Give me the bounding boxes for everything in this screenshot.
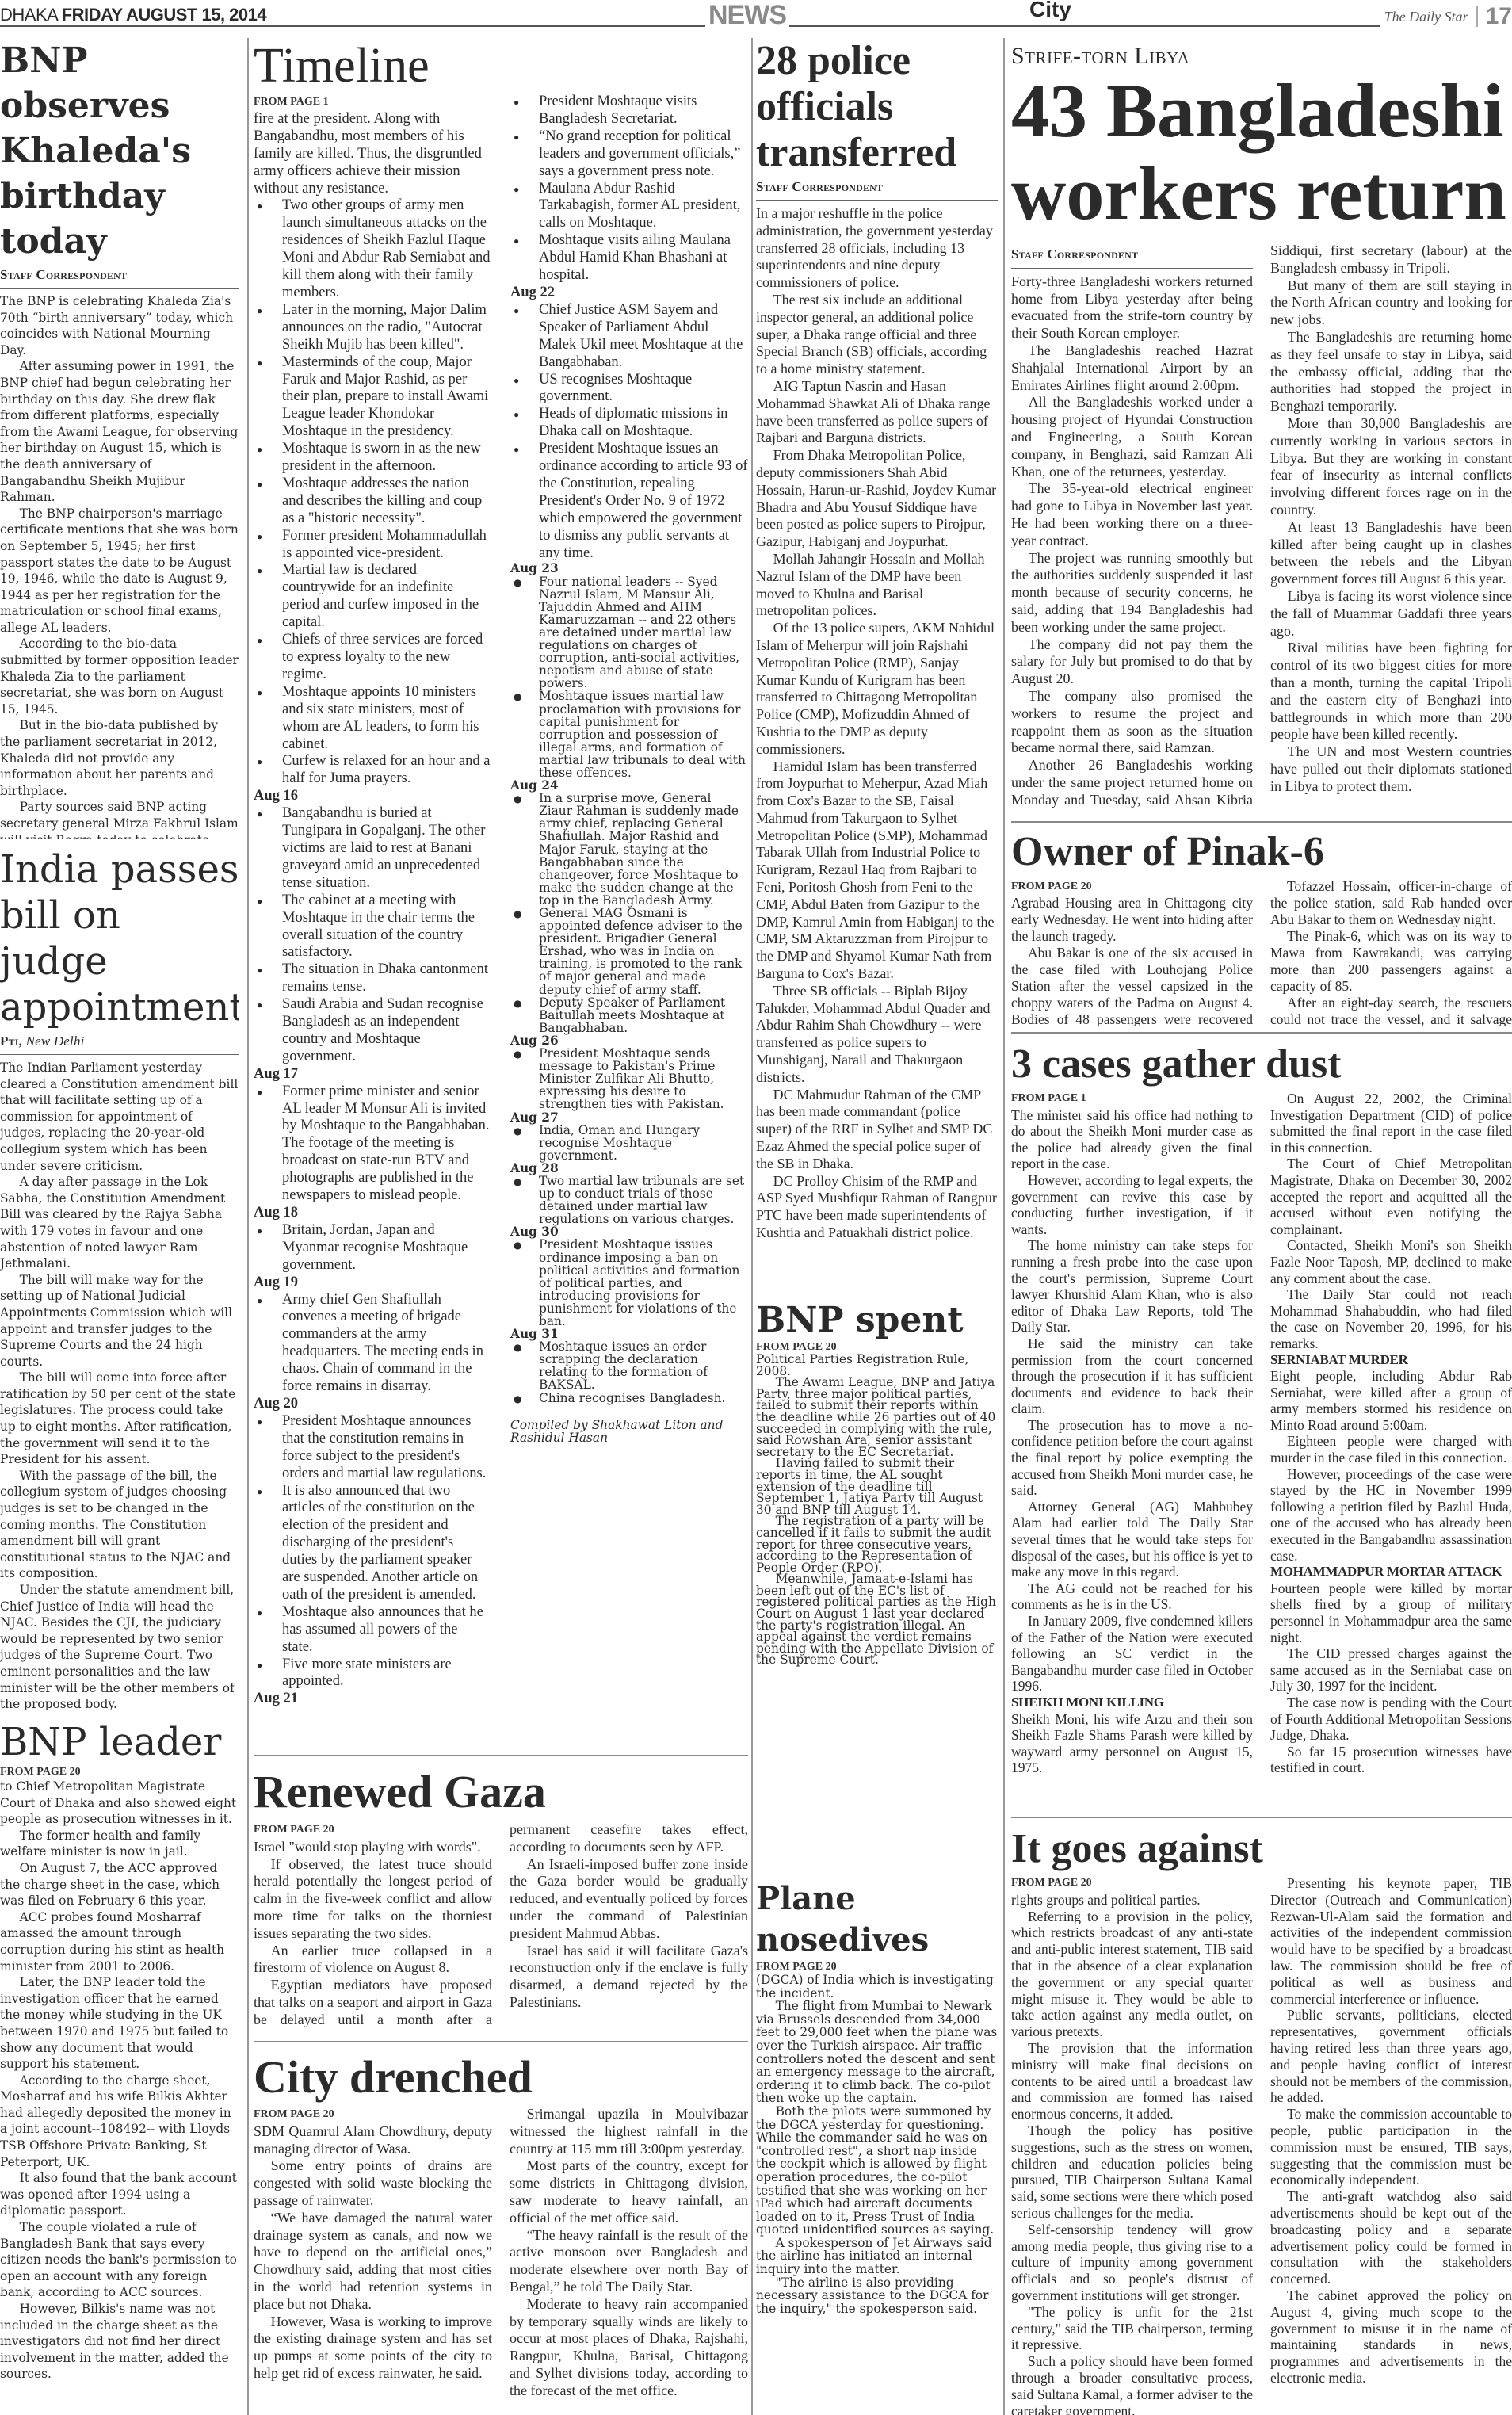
paragraph: The Court of Chief Metropolitan Magistra… bbox=[1270, 1156, 1512, 1237]
column-rule bbox=[1003, 38, 1005, 2415]
newspaper-logo: The Daily Star bbox=[1384, 9, 1468, 25]
timeline-item: In a surprise move, General Ziaur Rahman… bbox=[510, 792, 748, 907]
section-rule bbox=[254, 2041, 748, 2042]
paragraph: All the Bangladeshis worked under a hous… bbox=[1011, 394, 1253, 480]
paragraph: Eight people, including Abdur Rab Sernia… bbox=[1270, 1368, 1512, 1433]
paragraph: The Awami League, BNP and Jatiya Party, … bbox=[756, 1377, 998, 1458]
article-body: FROM PAGE 1 The minister said his office… bbox=[1011, 1091, 1512, 1776]
paragraph: At least 13 Bangladeshis have been kille… bbox=[1270, 519, 1512, 588]
paragraph: On August 22, 2002, the Criminal Investi… bbox=[1270, 1091, 1512, 1156]
paragraph: Public servants, politicians, elected re… bbox=[1270, 2007, 1512, 2106]
timeline-item: Bangabandhu is buried at Tungipara in Go… bbox=[254, 805, 491, 892]
paragraph: The provision that the information minis… bbox=[1011, 2040, 1253, 2123]
article-body: The BNP is celebrating Khaleda Zia's 70t… bbox=[0, 293, 239, 839]
timeline-list: President Moshtaque visits Bangladesh Se… bbox=[510, 94, 748, 285]
timeline-date: Aug 20 bbox=[254, 1396, 491, 1413]
timeline-date: Aug 17 bbox=[254, 1066, 491, 1083]
paragraph: Such a policy should have been formed th… bbox=[1011, 2353, 1253, 2415]
timeline-date: Aug 23 bbox=[510, 562, 748, 575]
headline: India passes bill on judge appointment bbox=[0, 846, 239, 1030]
paragraph: Party sources said BNP acting secretary … bbox=[0, 799, 239, 839]
article-body: The Indian Parliament yesterday cleared … bbox=[0, 1060, 239, 1710]
paragraph: Though the policy has positive suggestio… bbox=[1011, 2123, 1253, 2222]
headline: Owner of Pinak-6 bbox=[1011, 826, 1512, 878]
paragraph: Fourteen people were killed by mortar sh… bbox=[1270, 1580, 1512, 1645]
headline: Timeline bbox=[254, 38, 748, 94]
timeline-list: Britain, Jordan, Japan and Myanmar recog… bbox=[254, 1222, 491, 1274]
subheading: SHEIKH MONI KILLING bbox=[1011, 1695, 1253, 1711]
paragraph: After assuming power in 1991, the BNP ch… bbox=[0, 358, 239, 505]
paragraph: The flight from Mumbai to Newark via Bru… bbox=[756, 2000, 998, 2105]
article-bnp-birthday: BNP observes Khaleda's birthday today St… bbox=[0, 38, 239, 839]
paragraph: Later, the BNP leader told the investiga… bbox=[0, 1974, 239, 2073]
paragraph: The company did not pay them the salary … bbox=[1011, 636, 1253, 688]
paragraph: The registration of a party will be canc… bbox=[756, 1515, 998, 1573]
paragraph: To make the commission accountable to pe… bbox=[1270, 2106, 1512, 2188]
timeline-item: The cabinet at a meeting with Moshtaque … bbox=[254, 892, 491, 962]
headline: Renewed Gaza bbox=[254, 1763, 748, 1821]
timeline-item: “No grand reception for political leader… bbox=[510, 128, 748, 181]
paragraph: From Dhaka Metropolitan Police, deputy c… bbox=[756, 447, 998, 551]
paragraph: However, Bilkis's name was not included … bbox=[0, 2301, 239, 2383]
paragraph: In January 2009, five condemned killers … bbox=[1011, 1613, 1253, 1695]
paragraph: It also found that the bank account was … bbox=[0, 2170, 239, 2219]
paragraph: However, proceedings of the case were st… bbox=[1270, 1466, 1512, 1565]
paragraph: rights groups and political parties. bbox=[1011, 1892, 1253, 1909]
paragraph: Attorney General (AG) Mahbubey Alam had … bbox=[1011, 1499, 1253, 1580]
section-rule bbox=[1011, 821, 1512, 823]
timeline-date: Aug 16 bbox=[254, 788, 491, 805]
paragraph: Rival militias have been fighting for co… bbox=[1270, 640, 1512, 743]
timeline-item: Two martial law tribunals are set up to … bbox=[510, 1175, 748, 1225]
timeline-item: Two other groups of army men launch simu… bbox=[254, 197, 491, 301]
jump-label: FROM PAGE 20 bbox=[0, 1766, 239, 1779]
paragraph: “The heavy rainfall is the result of the… bbox=[510, 2227, 748, 2296]
masthead: DHAKA FRIDAY AUGUST 15, 2014 NEWS City T… bbox=[0, 0, 1512, 32]
timeline-list: Army chief Gen Shafiullah convenes a mee… bbox=[254, 1292, 491, 1396]
timeline-continued: Aug 23 Four national leaders -- Syed Naz… bbox=[510, 562, 748, 1443]
article-india-bill: India passes bill on judge appointment P… bbox=[0, 846, 239, 1710]
divider bbox=[1476, 6, 1478, 27]
article-city-drenched: City drenched FROM PAGE 20 SDM Quamrul A… bbox=[254, 2049, 748, 2415]
article-body: Political Parties Registration Rule, 200… bbox=[756, 1354, 998, 1666]
headline: 3 cases gather dust bbox=[1011, 1038, 1512, 1091]
timeline-item: Army chief Gen Shafiullah convenes a mee… bbox=[254, 1292, 491, 1396]
paragraph: Presenting his keynote paper, TIB Direct… bbox=[1270, 1875, 1512, 2007]
timeline-date: Aug 21 bbox=[254, 1691, 491, 1708]
timeline-list: Four national leaders -- Syed Nazrul Isl… bbox=[510, 575, 748, 780]
jump-label: FROM PAGE 20 bbox=[254, 1821, 492, 1839]
timeline-lead-list: Two other groups of army men launch simu… bbox=[254, 197, 491, 788]
byline: Staff Correspondent bbox=[0, 267, 239, 289]
section-label: NEWS bbox=[705, 0, 789, 30]
paragraph: The rest six include an additional inspe… bbox=[756, 292, 998, 378]
timeline-item: China recognises Bangladesh. bbox=[510, 1392, 748, 1404]
timeline-item: Moshtaque appoints 10 ministers and six … bbox=[254, 684, 491, 754]
paragraph: Tofazzel Hossain, officer-in-charge of t… bbox=[1270, 878, 1512, 928]
timeline-item: Moshtaque is sworn in as the new preside… bbox=[254, 441, 491, 476]
timeline-list: Two martial law tribunals are set up to … bbox=[510, 1175, 748, 1225]
paragraph: Some entry points of drains are congeste… bbox=[254, 2157, 492, 2209]
byline-place: New Delhi bbox=[26, 1034, 85, 1049]
article-renewed-gaza: Renewed Gaza FROM PAGE 20 Israel "would … bbox=[254, 1763, 748, 2036]
jump-label: FROM PAGE 20 bbox=[1011, 1875, 1253, 1892]
paragraph: According to the bio-data submitted by f… bbox=[0, 636, 239, 717]
headline: BNP observes Khaleda's birthday today bbox=[0, 38, 239, 264]
paragraph: The former health and family welfare min… bbox=[0, 1828, 239, 1860]
timeline-item: Later in the morning, Major Dalim announ… bbox=[254, 302, 491, 354]
timeline-item: Moshtaque visits ailing Maulana Abdul Ha… bbox=[510, 232, 748, 285]
paragraph: Mollah Jahangir Hossain and Mollah Nazru… bbox=[756, 551, 998, 620]
timeline-item: Saudi Arabia and Sudan recognise Banglad… bbox=[254, 996, 491, 1066]
paragraph: The Pinak-6, which was on its way to Maw… bbox=[1270, 928, 1512, 995]
timeline-item: Former president Mohammadullah is appoin… bbox=[254, 528, 491, 563]
section-rule bbox=[254, 1755, 748, 1756]
paragraph: The home ministry can take steps for run… bbox=[1011, 1237, 1253, 1336]
paragraph: Three SB officials -- Biplab Bijoy Taluk… bbox=[756, 983, 998, 1087]
timeline-date: Aug 31 bbox=[510, 1328, 748, 1340]
article-body: FROM PAGE 20 rights groups and political… bbox=[1011, 1875, 1512, 2415]
paragraph: to Chief Metropolitan Magistrate Court o… bbox=[0, 1779, 239, 1828]
paragraph: Libya is facing its worst violence since… bbox=[1270, 588, 1512, 640]
article-it-goes-against: It goes against FROM PAGE 20 rights grou… bbox=[1011, 1823, 1512, 2415]
paragraph: He said the ministry can take permission… bbox=[1011, 1336, 1253, 1417]
byline-agency: Pti, bbox=[0, 1034, 22, 1049]
timeline-item: President Moshtaque sends message to Pak… bbox=[510, 1047, 748, 1110]
timeline-item: Chiefs of three services are forced to e… bbox=[254, 632, 491, 684]
paragraph: An earlier truce collapsed in a firestor… bbox=[254, 1943, 492, 1977]
masthead-right: The Daily Star 17 bbox=[1380, 3, 1512, 30]
paragraph: Political Parties Registration Rule, 200… bbox=[756, 1354, 998, 1377]
article-body: to Chief Metropolitan Magistrate Court o… bbox=[0, 1779, 239, 2383]
paragraph: The Indian Parliament yesterday cleared … bbox=[0, 1060, 239, 1174]
timeline-item: Deputy Speaker of Parliament Baitullah m… bbox=[510, 996, 748, 1034]
timeline-list: Bangabandhu is buried at Tungipara in Go… bbox=[254, 805, 491, 1066]
paragraph: Hamidul Islam has been transferred from … bbox=[756, 759, 998, 983]
paragraph: Meanwhile, Jamaat-e-Islami has been left… bbox=[756, 1573, 998, 1666]
dateline: DHAKA FRIDAY AUGUST 15, 2014 bbox=[0, 5, 271, 25]
timeline-item: Curfew is relaxed for an hour and a half… bbox=[254, 753, 491, 788]
timeline-lead: fire at the president. Along with Bangab… bbox=[254, 111, 491, 198]
paragraph: The 35-year-old electrical engineer had … bbox=[1011, 480, 1253, 549]
column-rule bbox=[751, 38, 753, 2415]
timeline-date: Aug 28 bbox=[510, 1162, 748, 1175]
timeline-item: Heads of diplomatic missions in Dhaka ca… bbox=[510, 406, 748, 441]
paragraph: So far 15 prosecution witnesses have tes… bbox=[1270, 1744, 1512, 1776]
column-rule bbox=[247, 38, 249, 2415]
paragraph: Forty-three Bangladeshi workers returned… bbox=[1011, 273, 1253, 342]
paragraph: A spokesperson of Jet Airways said the a… bbox=[756, 2237, 998, 2276]
paragraph: Both the pilots were summoned by the DGC… bbox=[756, 2105, 998, 2237]
timeline-item: The situation in Dhaka cantonment remain… bbox=[254, 961, 491, 996]
timeline-item: Moshtaque issues an order scrapping the … bbox=[510, 1340, 748, 1391]
paragraph: Srimangal upazila in Moulvibazar witness… bbox=[510, 2106, 748, 2157]
timeline-item: Martial law is declared countrywide for … bbox=[254, 562, 491, 632]
article-body: FROM PAGE 20 Israel "would stop playing … bbox=[254, 1821, 748, 2029]
article-pinak6: Owner of Pinak-6 FROM PAGE 20 Agrabad Ho… bbox=[1011, 826, 1512, 1026]
paragraph: Most parts of the country, except for so… bbox=[510, 2157, 748, 2226]
byline: Staff Correspondent bbox=[1011, 246, 1253, 269]
article-bnp-spent: BNP spent FROM PAGE 20 Political Parties… bbox=[756, 1300, 998, 1882]
paragraph: The AG could not be reached for his comm… bbox=[1011, 1580, 1253, 1613]
paragraph: On August 7, the ACC approved the charge… bbox=[0, 1860, 239, 1909]
paragraph: “We have damaged the natural water drain… bbox=[254, 2210, 492, 2314]
timeline-date: Aug 22 bbox=[510, 285, 748, 302]
timeline-item: Britain, Jordan, Japan and Myanmar recog… bbox=[254, 1222, 491, 1274]
paragraph: The BNP is celebrating Khaleda Zia's 70t… bbox=[0, 293, 239, 358]
paragraph: Israel "would stop playing with words". bbox=[254, 1839, 492, 1856]
timeline-item: Moshtaque issues martial law proclamatio… bbox=[510, 690, 748, 779]
dateline-date: FRIDAY AUGUST 15, 2014 bbox=[62, 5, 266, 25]
paragraph: Having failed to submit their reports in… bbox=[756, 1458, 998, 1515]
headline: BNP spent bbox=[756, 1300, 998, 1341]
headline: BNP leader bbox=[0, 1718, 239, 1766]
paragraph: Agrabad Housing area in Chittagong city … bbox=[1011, 895, 1253, 945]
timeline-item: US recognises Moshtaque government. bbox=[510, 372, 748, 407]
timeline-item: President Moshtaque visits Bangladesh Se… bbox=[510, 94, 748, 128]
timeline-item: Maulana Abdur Rashid Tarkabagish, former… bbox=[510, 181, 748, 233]
article-body: FROM PAGE 20 SDM Quamrul Alam Chowdhury,… bbox=[254, 2106, 748, 2400]
paragraph: More than 30,000 Bangladeshis are curren… bbox=[1270, 415, 1512, 519]
paragraph: The bill will come into force after rati… bbox=[0, 1370, 239, 1468]
paragraph: With the passage of the bill, the colleg… bbox=[0, 1468, 239, 1582]
article-three-cases: 3 cases gather dust FROM PAGE 1 The mini… bbox=[1011, 1038, 1512, 1806]
paragraph: The Bangladeshis reached Hazrat Shahjala… bbox=[1011, 342, 1253, 394]
paragraph: Abu Bakar is one of the six accused in t… bbox=[1011, 945, 1253, 1026]
article-bnp-leader: BNP leader FROM PAGE 20 to Chief Metropo… bbox=[0, 1718, 239, 2415]
subsection-label: City bbox=[1026, 0, 1075, 22]
page-number: 17 bbox=[1486, 3, 1512, 30]
paragraph: The UN and most Western countries have p… bbox=[1270, 743, 1512, 795]
paragraph: Referring to a provision in the policy, … bbox=[1011, 1909, 1253, 2040]
paragraph: The cabinet approved the policy on Augus… bbox=[1270, 2287, 1512, 2386]
paragraph: The company also promised the workers to… bbox=[1011, 688, 1253, 757]
timeline-list: President Moshtaque issues ordinance imp… bbox=[510, 1238, 748, 1328]
timeline-date: Aug 26 bbox=[510, 1034, 748, 1047]
credit-line: Compiled by Shakhawat Liton and Rashidul… bbox=[510, 1419, 748, 1444]
paragraph: After an eight-day search, the rescuers … bbox=[1270, 995, 1512, 1026]
paragraph: The anti-graft watchdog also said advert… bbox=[1270, 2188, 1512, 2287]
paragraph: The prosecution has to move a no-confide… bbox=[1011, 1417, 1253, 1499]
paragraph: A day after passage in the Lok Sabha, th… bbox=[0, 1174, 239, 1272]
paragraph: Israel has said it will facilitate Gaza'… bbox=[510, 1943, 748, 2012]
paragraph: (DGCA) of India which is investigating t… bbox=[756, 1974, 998, 2000]
timeline-item: General MAG Osmani is appointed defence … bbox=[510, 907, 748, 996]
timeline-date: Aug 27 bbox=[510, 1111, 748, 1124]
paragraph: But in the bio-data published by the par… bbox=[0, 717, 239, 799]
paragraph: Contacted, Sheikh Moni's son Sheikh Fazl… bbox=[1270, 1237, 1512, 1286]
paragraph: SDM Quamrul Alam Chowdhury, deputy manag… bbox=[254, 2123, 492, 2158]
timeline-list: India, Oman and Hungary recognise Moshta… bbox=[510, 1124, 748, 1162]
headline: It goes against bbox=[1011, 1823, 1512, 1875]
paragraph: DC Prolloy Chisim of the RMP and ASP Sye… bbox=[756, 1173, 998, 1242]
article-body: FROM PAGE 20 Agrabad Housing area in Chi… bbox=[1011, 878, 1512, 1026]
timeline-list: In a surprise move, General Ziaur Rahman… bbox=[510, 792, 748, 1034]
jump-label: FROM PAGE 20 bbox=[254, 2106, 492, 2123]
paragraph: DC Mahmudur Rahman of the CMP has been m… bbox=[756, 1087, 998, 1173]
timeline-item: President Moshtaque issues an ordinance … bbox=[510, 441, 748, 562]
paragraph: The Daily Star could not reach Mohammad … bbox=[1270, 1286, 1512, 1351]
paragraph: If observed, the latest truce should her… bbox=[254, 1856, 492, 1943]
timeline-list: Moshtaque issues an order scrapping the … bbox=[510, 1340, 748, 1404]
paragraph: Self-censorship tendency will grow among… bbox=[1011, 2222, 1253, 2304]
paragraph: An Israeli-imposed buffer zone inside th… bbox=[510, 1856, 748, 1943]
timeline-item: Former prime minister and senior AL lead… bbox=[254, 1083, 491, 1205]
dateline-city: DHAKA bbox=[0, 5, 57, 25]
paragraph: Sheikh Moni, his wife Arzu and their son… bbox=[1011, 1711, 1253, 1776]
paragraph: AIG Taptun Nasrin and Hasan Mohammad Sha… bbox=[756, 378, 998, 447]
article-body: In a major reshuffle in the police admin… bbox=[756, 205, 998, 1242]
paragraph: "The airline is also providing necessary… bbox=[756, 2276, 998, 2316]
jump-label: FROM PAGE 1 bbox=[254, 94, 491, 111]
subheading: SERNIABAT MURDER bbox=[1270, 1352, 1512, 1369]
byline: Pti, New Delhi bbox=[0, 1034, 239, 1055]
paragraph: The project was running smoothly but the… bbox=[1011, 550, 1253, 636]
article-plane-nosedives: Plane nosedives FROM PAGE 20 (DGCA) of I… bbox=[756, 1878, 998, 2415]
article-police-transfer: 28 police officials transferred Staff Co… bbox=[756, 38, 998, 1298]
timeline-body: FROM PAGE 1 fire at the president. Along… bbox=[254, 94, 748, 1726]
article-timeline: Timeline FROM PAGE 1 fire at the preside… bbox=[254, 38, 748, 1742]
timeline-list: Chief Justice ASM Sayem and Speaker of P… bbox=[510, 302, 748, 563]
headline: 28 police officials transferred bbox=[756, 38, 998, 176]
article-body: (DGCA) of India which is investigating t… bbox=[756, 1974, 998, 2315]
paragraph: According to the charge sheet, Mosharraf… bbox=[0, 2073, 239, 2171]
timeline-item: President Moshtaque announces that the c… bbox=[254, 1413, 491, 1483]
timeline-item: Masterminds of the coup, Major Faruk and… bbox=[254, 354, 491, 441]
timeline-item: Moshtaque also announces that he has ass… bbox=[254, 1604, 491, 1656]
headline: City drenched bbox=[254, 2049, 748, 2106]
paragraph: The minister said his office had nothing… bbox=[1011, 1107, 1253, 1172]
timeline-list: President Moshtaque sends message to Pak… bbox=[510, 1047, 748, 1110]
headline: Plane nosedives bbox=[756, 1878, 998, 1961]
jump-label: FROM PAGE 20 bbox=[756, 1961, 998, 1974]
timeline-item: Five more state ministers are appointed. bbox=[254, 1656, 491, 1691]
paragraph: "The policy is unfit for the 21st centur… bbox=[1011, 2304, 1253, 2353]
article-body: Staff Correspondent Forty-three Banglade… bbox=[1011, 243, 1512, 809]
timeline-date: Aug 18 bbox=[254, 1205, 491, 1222]
section-rule bbox=[1011, 1817, 1512, 1818]
paragraph: The Bangladeshis are returning home as t… bbox=[1270, 329, 1512, 415]
paragraph: Eighteen people were charged with murder… bbox=[1270, 1433, 1512, 1465]
paragraph: The bill will make way for the setting u… bbox=[0, 1272, 239, 1370]
timeline-item: Four national leaders -- Syed Nazrul Isl… bbox=[510, 575, 748, 690]
timeline-list: President Moshtaque announces that the c… bbox=[254, 1413, 491, 1691]
subheading: MOHAMMADPUR MORTAR ATTACK bbox=[1270, 1564, 1512, 1580]
paragraph: Moderate to heavy rain accompanied by te… bbox=[510, 2296, 748, 2400]
article-libya-workers: Strife-torn Libya 43 Bangladeshi workers… bbox=[1011, 38, 1512, 819]
timeline-date: Aug 19 bbox=[254, 1274, 491, 1292]
timeline-item: Chief Justice ASM Sayem and Speaker of P… bbox=[510, 302, 748, 372]
paragraph: The BNP chairperson's marriage certifica… bbox=[0, 506, 239, 636]
timeline-date: Aug 24 bbox=[510, 779, 748, 792]
timeline-item: India, Oman and Hungary recognise Moshta… bbox=[510, 1124, 748, 1162]
jump-label: FROM PAGE 20 bbox=[1011, 878, 1253, 895]
paragraph: Under the statute amendment bill, Chief … bbox=[0, 1582, 239, 1710]
paragraph: The case now is pending with the Court o… bbox=[1270, 1695, 1512, 1744]
paragraph: ACC probes found Mosharraf amassed the a… bbox=[0, 1909, 239, 1974]
timeline-item: It is also announced that two articles o… bbox=[254, 1483, 491, 1604]
paragraph: The CID pressed charges against the same… bbox=[1270, 1645, 1512, 1695]
paragraph: In a major reshuffle in the police admin… bbox=[756, 205, 998, 292]
paragraph: However, according to legal experts, the… bbox=[1011, 1172, 1253, 1237]
jump-label: FROM PAGE 1 bbox=[1011, 1091, 1253, 1107]
section-rule bbox=[1011, 1032, 1512, 1034]
timeline-item: President Moshtaque issues ordinance imp… bbox=[510, 1238, 748, 1328]
timeline-list: Former prime minister and senior AL lead… bbox=[254, 1083, 491, 1205]
timeline-item: Moshtaque addresses the nation and descr… bbox=[254, 476, 491, 528]
paragraph: The couple violated a rule of Bangladesh… bbox=[0, 2219, 239, 2301]
paragraph: Of the 13 police supers, AKM Nahidul Isl… bbox=[756, 620, 998, 758]
headline: 43 Bangladeshi workers return bbox=[1011, 70, 1512, 235]
byline: Staff Correspondent bbox=[756, 179, 998, 201]
paragraph: But many of them are still staying in th… bbox=[1270, 277, 1512, 329]
kicker: Strife-torn Libya bbox=[1011, 44, 1512, 68]
paragraph: However, Wasa is working to improve the … bbox=[254, 2314, 492, 2383]
timeline-date: Aug 30 bbox=[510, 1225, 748, 1238]
